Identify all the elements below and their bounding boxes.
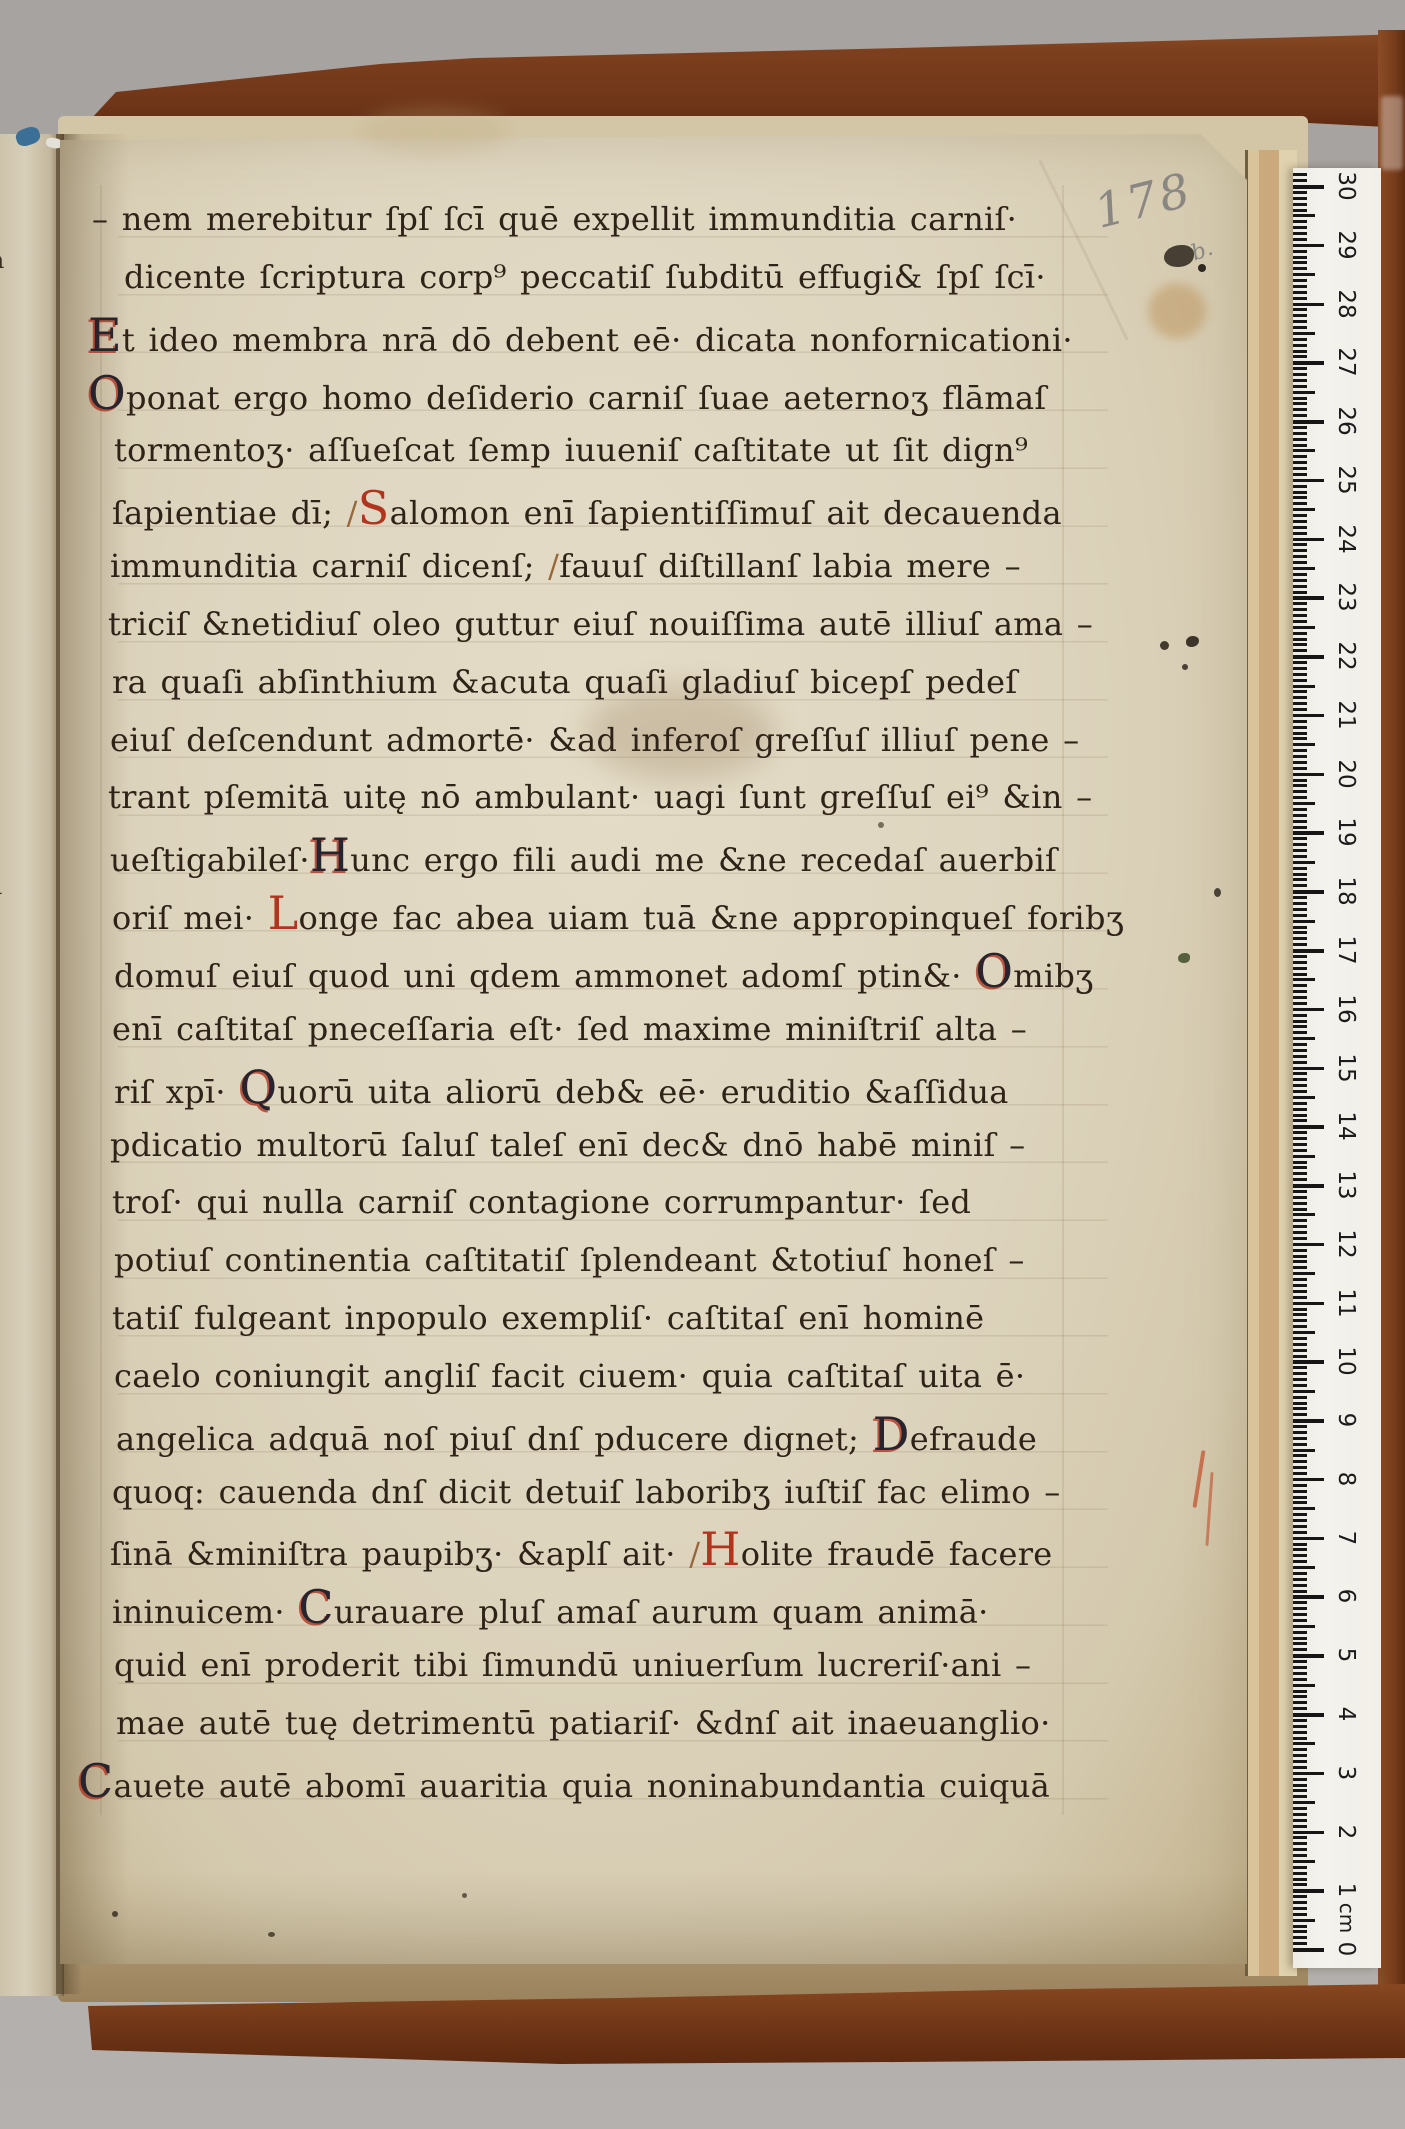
ruler-tick: [1293, 1184, 1324, 1188]
manuscript-line: Et ideo membra nrā dō debent eē· dicata …: [88, 307, 1108, 365]
text-run: onge fac abea uiam tuā &ne appropinqueſ …: [299, 899, 1125, 937]
margin-text-fragment: a: [0, 872, 2, 900]
ruler-tick: [1293, 761, 1307, 764]
ruler-tick: [1293, 1690, 1307, 1693]
ruler-tick: [1293, 191, 1307, 194]
ruler-tick: [1293, 1831, 1324, 1835]
ruler-tick: [1293, 967, 1307, 970]
page-bottom-shading: [60, 1870, 1247, 1964]
ruler-tick: [1293, 1096, 1315, 1099]
ruler-tick: [1293, 1484, 1307, 1487]
ruler-tick: [1293, 1143, 1307, 1146]
ruler-tick: [1293, 1390, 1315, 1393]
ruler-tick: [1293, 1231, 1307, 1234]
ruler-tick: [1293, 461, 1307, 464]
ruler-number: 0: [1331, 1934, 1361, 1964]
text-run: triciſ &netidiuſ oleo guttur eiuſ nouiſſ…: [108, 605, 1093, 643]
ruler-tick: [1293, 1619, 1307, 1622]
text-run: auete autē abomī auaritia quia noninabun…: [114, 1767, 1051, 1805]
ruler-tick: [1293, 843, 1307, 846]
ruler-tick: [1293, 1883, 1307, 1886]
ruler-number: 22: [1331, 641, 1361, 671]
ruler-tick: [1293, 1419, 1324, 1423]
ruler-tick: [1293, 626, 1315, 629]
ruler-tick: [1293, 303, 1324, 307]
ruler-tick: [1293, 1331, 1315, 1334]
ruler-tick: [1293, 391, 1315, 394]
manuscript-line: tormentoʒ· aſſueſcat ſemp iuueniſ caſtit…: [114, 422, 1108, 480]
text-run: ininuicem·: [112, 1593, 298, 1631]
ruler-tick: [1293, 1754, 1307, 1757]
ruler-tick: [1293, 855, 1307, 858]
ruler-tick: [1293, 1337, 1307, 1340]
ruler-tick: [1293, 638, 1307, 641]
ruler-tick: [1293, 996, 1307, 999]
ruler-tick: [1293, 1249, 1307, 1252]
ruler-tick: [1293, 1202, 1307, 1205]
ruler-tick: [1293, 1402, 1307, 1405]
initial-letter: E: [88, 308, 122, 362]
manuscript-line: enī caſtitaſ pneceſſaria eſt· ſed maxime…: [112, 1001, 1108, 1059]
ruler-tick: [1293, 1648, 1307, 1651]
text-run: ſapientiae dī;: [112, 494, 347, 532]
initial-letter: L: [268, 886, 299, 940]
ruler-number: 13: [1331, 1170, 1361, 1200]
ruler-tick: [1293, 1061, 1307, 1064]
ruler-number: 1: [1331, 1875, 1361, 1905]
ruler-tick: [1293, 614, 1307, 617]
ruler-tick: [1293, 1860, 1315, 1863]
ruler-tick: [1293, 1213, 1315, 1216]
ruler-tick: [1293, 984, 1307, 987]
ruler-tick: [1293, 1801, 1315, 1804]
ruler-tick: [1293, 779, 1307, 782]
text-run: tormentoʒ· aſſueſcat ſemp iuueniſ caſtit…: [114, 431, 1028, 469]
manuscript-line: – nem merebitur ſpſ ſcī quē expellit imm…: [92, 191, 1108, 249]
ruler-tick: [1293, 1501, 1307, 1504]
ruler-tick: [1293, 1302, 1324, 1306]
fore-edge-leaf-stack: [1245, 150, 1297, 1976]
text-run: trant pſemitā uitę nō ambulant· uagi ſun…: [108, 778, 1092, 816]
ruler-tick: [1293, 1807, 1307, 1810]
manuscript-line: Oponat ergo homo deſiderio carniſ ſuae a…: [88, 365, 1108, 423]
ruler-tick: [1293, 1572, 1307, 1575]
ruler-tick: [1293, 1260, 1307, 1263]
ruler-tick: [1293, 978, 1315, 981]
margin-text-fragment: a: [0, 246, 4, 274]
ruler-tick: [1293, 1137, 1307, 1140]
ruler-tick: [1293, 1360, 1324, 1364]
ruler-tick: [1293, 679, 1307, 682]
ruler-tick: [1293, 250, 1307, 253]
ruler-tick: [1293, 1625, 1315, 1628]
ruler-tick: [1293, 1737, 1307, 1740]
ruler-tick: [1293, 473, 1307, 476]
ruler-number: 10: [1331, 1346, 1361, 1376]
ruler-tick: [1293, 931, 1307, 934]
ruler-tick: [1293, 1660, 1307, 1663]
ruler-tick: [1293, 790, 1307, 793]
ruler-tick: [1293, 508, 1315, 511]
ruler-tick: [1293, 1407, 1307, 1410]
ruler-tick: [1293, 1296, 1307, 1299]
ruler-tick: [1293, 702, 1307, 705]
ruler-tick: [1293, 720, 1307, 723]
ruler-tick: [1293, 579, 1307, 582]
ruler-tick: [1293, 1190, 1307, 1193]
manuscript-line: potiuſ continentia caſtitatiſ ſplendeant…: [114, 1232, 1108, 1290]
ruler-number: 2: [1331, 1817, 1361, 1847]
ruler-tick: [1293, 244, 1324, 248]
ruler-tick: [1293, 685, 1315, 688]
ruler-tick: [1293, 1431, 1307, 1434]
plastic-glare: [1381, 96, 1403, 170]
ruler-tick: [1293, 1819, 1307, 1822]
ruler-tick: [1293, 1613, 1307, 1616]
ruler-tick: [1293, 355, 1307, 358]
ruler-tick: [1293, 573, 1307, 576]
ruler-tick: [1293, 1049, 1307, 1052]
ruler-tick: [1293, 849, 1307, 852]
initial-letter: S: [358, 481, 390, 535]
ruler-tick: [1293, 1043, 1307, 1046]
ruler-tick: [1293, 755, 1307, 758]
ruler-tick: [1293, 485, 1307, 488]
ruler-tick: [1293, 1919, 1315, 1922]
ruler-tick: [1293, 308, 1307, 311]
correction-mark: /: [548, 547, 559, 585]
ruler-tick: [1293, 185, 1324, 189]
ruler-tick: [1293, 1349, 1307, 1352]
ruler-tick: [1293, 1149, 1307, 1152]
manuscript-line: pdicatio multorū ſaluſ taleſ enī dec& dn…: [110, 1117, 1108, 1175]
ruler-tick: [1293, 696, 1307, 699]
manuscript-line: riſ xpī· Quorū uita aliorū deb& eē· erud…: [114, 1059, 1108, 1117]
ruler-number: 11: [1331, 1288, 1361, 1318]
ruler-tick: [1293, 344, 1307, 347]
ruler-tick: [1293, 1607, 1307, 1610]
ruler-tick: [1293, 1719, 1307, 1722]
manuscript-line: Cauete autē abomī auaritia quia noninabu…: [78, 1753, 1108, 1811]
ruler-tick: [1293, 1942, 1307, 1945]
ruler-tick: [1293, 326, 1307, 329]
ruler-number: 15: [1331, 1053, 1361, 1083]
ruler-number: 17: [1331, 935, 1361, 965]
ruler-tick: [1293, 1925, 1307, 1928]
ink-speck: [1182, 664, 1188, 670]
manuscript-line: domuſ eiuſ quod uni qdem ammonet adomſ p…: [114, 943, 1108, 1001]
ruler-tick: [1293, 831, 1324, 835]
text-run: tatiſ fulgeant inpopulo exempliſ· caſtit…: [112, 1299, 984, 1337]
ruler-tick: [1293, 502, 1307, 505]
ruler-tick: [1293, 1672, 1307, 1675]
ruler-tick: [1293, 1543, 1307, 1546]
manuscript-line: ſinā &miniſtra paupibʒ· &aplſ ait· /Holi…: [110, 1521, 1108, 1579]
ruler-tick: [1293, 1631, 1307, 1634]
ruler-tick: [1293, 173, 1307, 176]
ruler-tick: [1293, 179, 1307, 182]
ruler-tick: [1293, 402, 1307, 405]
ruler-tick: [1293, 1278, 1307, 1281]
ruler-tick: [1293, 1584, 1307, 1587]
ruler-tick: [1293, 1531, 1307, 1534]
ruler-tick: [1293, 1866, 1307, 1869]
text-run: angelica adquā noſ piuſ dnſ pducere dign…: [116, 1420, 873, 1458]
ruler-tick: [1293, 320, 1307, 323]
manuscript-line: triciſ &netidiuſ oleo guttur eiuſ nouiſſ…: [108, 596, 1108, 654]
ruler-number: 7: [1331, 1523, 1361, 1553]
ruler-tick: [1293, 1072, 1307, 1075]
ruler-tick: [1293, 449, 1315, 452]
ruler-tick: [1293, 708, 1307, 711]
ruler-tick: [1293, 726, 1307, 729]
ruler-tick: [1293, 602, 1307, 605]
text-run: ſinā &miniſtra paupibʒ· &aplſ ait·: [110, 1535, 689, 1573]
ruler-tick: [1293, 420, 1324, 424]
text-run: potiuſ continentia caſtitatiſ ſplendeant…: [114, 1241, 1025, 1279]
text-run: riſ xpī·: [114, 1073, 239, 1111]
ruler-tick: [1293, 955, 1307, 958]
leather-binding-right-edge: [1378, 30, 1405, 2040]
ruler-tick: [1293, 373, 1307, 376]
ruler-tick: [1293, 1772, 1324, 1776]
ruler-tick: [1293, 1490, 1307, 1493]
text-run: pdicatio multorū ſaluſ taleſ enī dec& dn…: [110, 1126, 1025, 1164]
ruler-tick: [1293, 1478, 1324, 1482]
initial-letter: C: [78, 1754, 114, 1808]
ruler-number: 4: [1331, 1699, 1361, 1729]
ruler-tick: [1293, 1666, 1307, 1669]
ruler-tick: [1293, 1114, 1307, 1117]
ruler-tick: [1293, 1595, 1324, 1599]
ruler-tick: [1293, 1002, 1307, 1005]
ruler-tick: [1293, 1102, 1307, 1105]
ruler-tick: [1293, 961, 1307, 964]
ruler-tick: [1293, 1548, 1307, 1551]
initial-letter: C: [298, 1580, 334, 1634]
ruler-tick: [1293, 520, 1307, 523]
ruler-tick: [1293, 1084, 1307, 1087]
ruler-tick: [1293, 285, 1307, 288]
ruler-tick: [1293, 1449, 1315, 1452]
ruler-tick: [1293, 1731, 1307, 1734]
ruler-number: 28: [1331, 289, 1361, 319]
ruler-tick: [1293, 1895, 1307, 1898]
text-run: eiuſ deſcendunt admortē· &ad inferoſ gre…: [110, 721, 1079, 759]
ruler-tick: [1293, 1443, 1307, 1446]
ruler-tick: [1293, 937, 1307, 940]
ruler-tick: [1293, 620, 1307, 623]
manuscript-line: immunditia carniſ dicenſ; /fauuſ diſtill…: [110, 538, 1108, 596]
ruler-tick: [1293, 1930, 1307, 1933]
ruler-number: 18: [1331, 876, 1361, 906]
manuscript-line: trant pſemitā uitę nō ambulant· uagi ſun…: [108, 769, 1108, 827]
ruler-tick: [1293, 1713, 1324, 1717]
ruler-tick: [1293, 1601, 1307, 1604]
ruler-tick: [1293, 1725, 1307, 1728]
text-run: fauuſ diſtillanſ labia mere –: [559, 547, 1021, 585]
ruler-tick: [1293, 279, 1307, 282]
ruler-tick: [1293, 1742, 1315, 1745]
ruler-tick: [1293, 385, 1307, 388]
ruler-tick: [1293, 338, 1307, 341]
text-run: alomon enī ſapientiſſimuſ ait decauenda: [390, 494, 1062, 532]
ruler-tick: [1293, 561, 1307, 564]
ruler-tick: [1293, 920, 1315, 923]
ruler-tick: [1293, 1025, 1307, 1028]
ruler-tick: [1293, 1889, 1324, 1893]
ruler-tick: [1293, 543, 1307, 546]
ruler-tick: [1293, 661, 1307, 664]
ruler-tick: [1293, 908, 1307, 911]
manuscript-text-block: – nem merebitur ſpſ ſcī quē expellit imm…: [118, 191, 1108, 1816]
ruler-tick: [1293, 532, 1307, 535]
initial-letter: Q: [239, 1060, 277, 1114]
ruler-tick: [1293, 1466, 1307, 1469]
ruler-tick: [1293, 802, 1315, 805]
ruler-tick: [1293, 1178, 1307, 1181]
ruler-tick: [1293, 1243, 1324, 1247]
ruler-tick: [1293, 1161, 1307, 1164]
ruler: 3029282726252423222120191817161514131211…: [1293, 168, 1381, 1968]
ruler-tick: [1293, 220, 1307, 223]
ruler-tick: [1293, 214, 1315, 217]
ruler-tick: [1293, 1560, 1307, 1563]
ruler-tick: [1293, 1784, 1307, 1787]
ruler-tick: [1293, 314, 1307, 317]
ruler-tick: [1293, 361, 1324, 365]
ruler-tick: [1293, 1872, 1307, 1875]
ruler-tick: [1293, 455, 1307, 458]
ruler-tick: [1293, 1090, 1307, 1093]
ruler-tick: [1293, 1813, 1307, 1816]
ruler-tick: [1293, 1396, 1307, 1399]
ruler-tick: [1293, 1948, 1324, 1952]
ruler-tick: [1293, 820, 1307, 823]
ruler-tick: [1293, 1319, 1307, 1322]
text-run: ponat ergo homo deſiderio carniſ ſuae ae…: [126, 379, 1047, 417]
ruler-tick: [1293, 514, 1307, 517]
ruler-tick: [1293, 232, 1307, 235]
ruler-tick: [1293, 1014, 1307, 1017]
ruler-tick: [1293, 197, 1307, 200]
ruler-tick: [1293, 714, 1324, 718]
ruler-tick: [1293, 1554, 1307, 1557]
text-run: troſ· qui nulla carniſ contagione corrum…: [112, 1183, 971, 1221]
ruler-tick: [1293, 538, 1324, 542]
manuscript-line: ininuicem· Curauare pluſ amaſ aurum quam…: [112, 1579, 1108, 1637]
ink-speck: [268, 1932, 275, 1937]
ruler-tick: [1293, 1654, 1324, 1658]
ruler-number: 30: [1331, 171, 1361, 201]
ruler-tick: [1293, 1313, 1307, 1316]
text-run: ra quaſi abſinthium &acuta quaſi gladiuſ…: [112, 663, 1017, 701]
text-run: oriſ mei·: [112, 899, 268, 937]
ruler-tick: [1293, 1125, 1324, 1129]
text-run: mae autē tuę detrimentū patiariſ· &dnſ a…: [116, 1704, 1051, 1742]
ruler-tick: [1293, 350, 1307, 353]
ruler-tick: [1293, 796, 1307, 799]
manuscript-line: oriſ mei· Longe fac abea uiam tuā &ne ap…: [112, 885, 1108, 943]
ruler-tick: [1293, 890, 1324, 894]
ruler-tick: [1293, 1590, 1307, 1593]
ruler-tick: [1293, 914, 1307, 917]
ruler-tick: [1293, 1266, 1307, 1269]
ruler-tick: [1293, 444, 1307, 447]
ruler-tick: [1293, 408, 1307, 411]
ruler-tick: [1293, 1842, 1307, 1845]
ruler-tick: [1293, 1513, 1307, 1516]
manuscript-line: dicente ſcriptura corp⁹ peccatiſ ſubditū…: [124, 249, 1108, 307]
ruler-tick: [1293, 1836, 1307, 1839]
manuscript-line: ra quaſi abſinthium &acuta quaſi gladiuſ…: [112, 654, 1108, 712]
ruler-number: 8: [1331, 1464, 1361, 1494]
ruler-tick: [1293, 1578, 1307, 1581]
ruler-tick: [1293, 256, 1307, 259]
facing-page-sliver: a a: [0, 134, 64, 1996]
ruler-tick: [1293, 414, 1307, 417]
ruler-tick: [1293, 1343, 1307, 1346]
ruler-number: 3: [1331, 1758, 1361, 1788]
ruler-tick: [1293, 1031, 1307, 1034]
initial-letter: H: [700, 1522, 740, 1576]
ruler-tick: [1293, 1766, 1307, 1769]
ruler-tick: [1293, 1196, 1307, 1199]
ruler-tick: [1293, 1519, 1307, 1522]
parchment-stain: [360, 108, 510, 154]
ruler-tick: [1293, 367, 1307, 370]
manuscript-line: tatiſ fulgeant inpopulo exempliſ· caſtit…: [112, 1290, 1108, 1348]
text-run: dicente ſcriptura corp⁹ peccatiſ ſubditū…: [124, 258, 1046, 296]
ruler-tick: [1293, 1372, 1307, 1375]
manuscript-line: quid enī proderit tibi ſimundū uniuerſum…: [114, 1637, 1108, 1695]
initial-letter: O: [975, 944, 1013, 998]
ruler-tick: [1293, 643, 1307, 646]
ruler-tick: [1293, 591, 1307, 594]
ruler-tick: [1293, 737, 1307, 740]
ruler-tick: [1293, 1237, 1307, 1240]
ruler-tick: [1293, 1537, 1324, 1541]
ruler-tick: [1293, 667, 1307, 670]
ruler-tick: [1293, 990, 1307, 993]
ruler-tick: [1293, 749, 1307, 752]
ruler-tick: [1293, 1355, 1307, 1358]
ruler-tick: [1293, 878, 1307, 881]
text-run: – nem merebitur ſpſ ſcī quē expellit imm…: [92, 200, 1017, 238]
ruler-tick: [1293, 209, 1307, 212]
ruler-tick: [1293, 1378, 1307, 1381]
ruler-number: 6: [1331, 1581, 1361, 1611]
ruler-tick: [1293, 1020, 1307, 1023]
ruler-tick: [1293, 1366, 1307, 1369]
rust-stain: [1148, 283, 1206, 339]
ruler-tick: [1293, 238, 1307, 241]
text-run: caelo coniungit angliſ facit ciuem· quia…: [114, 1357, 1025, 1395]
text-run: unc ergo fili audi me &ne recedaſ auerbi…: [350, 841, 1057, 879]
ruler-unit-label: cm: [1334, 1905, 1360, 1931]
ruler-tick: [1293, 1701, 1307, 1704]
ruler-tick: [1293, 267, 1307, 270]
ruler-tick: [1293, 1760, 1307, 1763]
initial-letter: D: [873, 1407, 910, 1461]
ruler-tick: [1293, 837, 1307, 840]
ruler-tick: [1293, 673, 1307, 676]
ruler-tick: [1293, 1472, 1307, 1475]
ruler-tick: [1293, 526, 1307, 529]
ruler-number: 26: [1331, 406, 1361, 436]
ruler-tick: [1293, 1425, 1307, 1428]
ruler-tick: [1293, 1208, 1307, 1211]
